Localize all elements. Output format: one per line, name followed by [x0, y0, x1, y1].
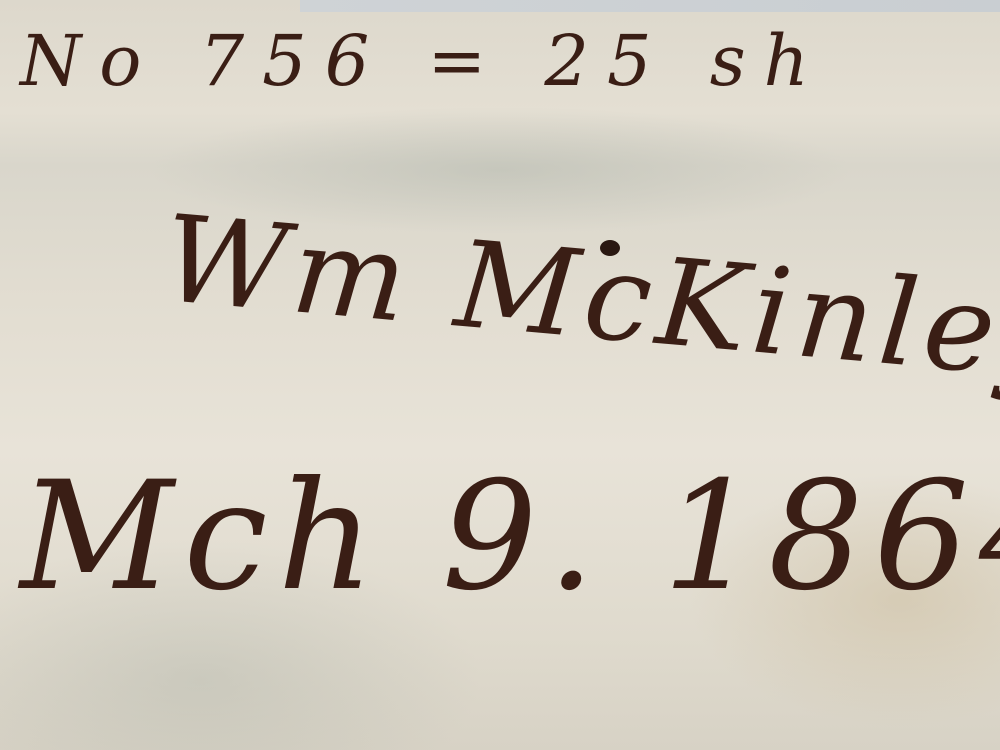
background-strip	[300, 0, 1000, 12]
date: Mch 9. 1864	[20, 450, 1000, 624]
certificate-number: No 756 = 25 sh	[20, 20, 827, 102]
